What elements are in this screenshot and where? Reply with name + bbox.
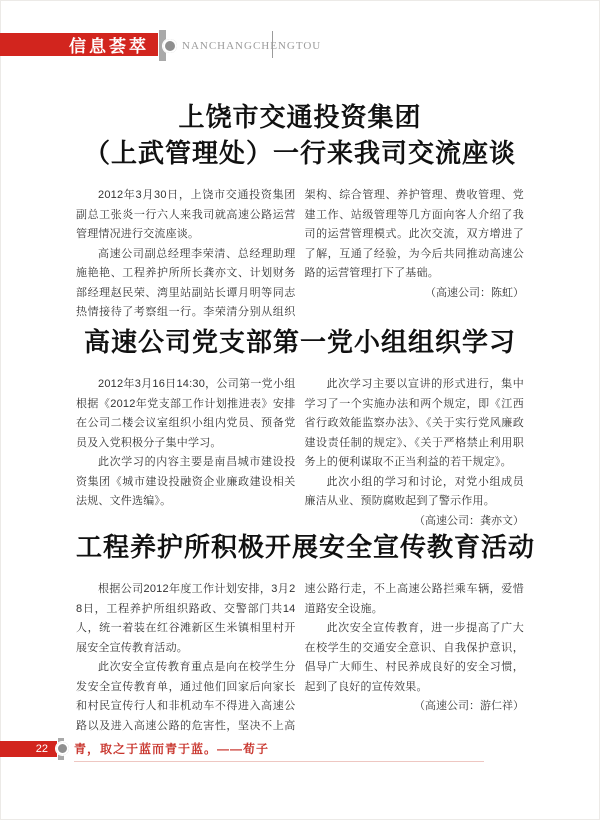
bullet-ring-icon [56, 742, 69, 755]
bullet-ring-icon [163, 39, 177, 53]
section-label: 信息荟萃 [0, 33, 158, 56]
paragraph: 此次安全宣传教育，进一步提高了广大在校学生的交通安全意识、自我保护意识，倡导广大… [305, 619, 525, 697]
magazine-page: 信息荟萃 NANCHANGCHENGTOU 上饶市交通投资集团 （上武管理处）一… [0, 0, 600, 820]
byline: （高速公司：游仁祥） [305, 697, 525, 717]
article-party-group-study: 高速公司党支部第一党小组组织学习 2012年3月16日14:30，公司第一党小组… [76, 325, 524, 531]
article-title-line: 工程养护所积极开展安全宣传教育活动 [76, 530, 524, 566]
page-footer: 22 青，取之于蓝而青于蓝。——荀子 [0, 736, 600, 766]
article-title: 高速公司党支部第一党小组组织学习 [76, 325, 524, 361]
paragraph: 此次小组的学习和讨论，对党小组成员廉洁从业、预防腐败起到了警示作用。 [305, 473, 525, 512]
footer-motto: 青，取之于蓝而青于蓝。——荀子 [74, 741, 269, 757]
article-body: 2012年3月30日，上饶市交通投资集团副总工张炎一行六人来我司就高速公路运营管… [76, 186, 524, 323]
brand-text: NANCHANGCHENGTOU [182, 38, 321, 54]
paragraph: 根据公司2012年度工作计划安排，3月28日，工程养护所组织路政、交警部门共14… [76, 580, 296, 658]
paragraph: 2012年3月30日，上饶市交通投资集团副总工张炎一行六人来我司就高速公路运营管… [76, 186, 296, 245]
masthead: 信息荟萃 NANCHANGCHENGTOU [0, 30, 600, 62]
byline: （高速公司：龚亦文） [305, 512, 525, 532]
article-body: 2012年3月16日14:30，公司第一党小组根据《2012年党支部工作计划推进… [76, 375, 524, 531]
paragraph: 此次学习的内容主要是南昌城市建设投资集团《城市建设投融资企业廉政建设相关法规、文… [76, 453, 296, 512]
byline: （高速公司：陈虹） [305, 284, 525, 304]
article-body: 根据公司2012年度工作计划安排，3月28日，工程养护所组织路政、交警部门共14… [76, 580, 524, 736]
article-safety-education: 工程养护所积极开展安全宣传教育活动 根据公司2012年度工作计划安排，3月28日… [76, 530, 524, 736]
article-title-line: （上武管理处）一行来我司交流座谈 [76, 136, 524, 172]
article-traffic-group-visit: 上饶市交通投资集团 （上武管理处）一行来我司交流座谈 2012年3月30日，上饶… [76, 100, 524, 323]
footer-rule [74, 761, 484, 762]
paragraph: 此次学习主要以宣讲的形式进行，集中学习了一个实施办法和两个规定，即《江西省行政效… [305, 375, 525, 473]
article-title: 上饶市交通投资集团 （上武管理处）一行来我司交流座谈 [76, 100, 524, 172]
paragraph: 2012年3月16日14:30，公司第一党小组根据《2012年党支部工作计划推进… [76, 375, 296, 453]
article-title-line: 上饶市交通投资集团 [76, 100, 524, 136]
brand-vertical-rule [272, 31, 273, 58]
article-title-line: 高速公司党支部第一党小组组织学习 [76, 325, 524, 361]
page-number: 22 [0, 741, 57, 757]
article-title: 工程养护所积极开展安全宣传教育活动 [76, 530, 524, 566]
